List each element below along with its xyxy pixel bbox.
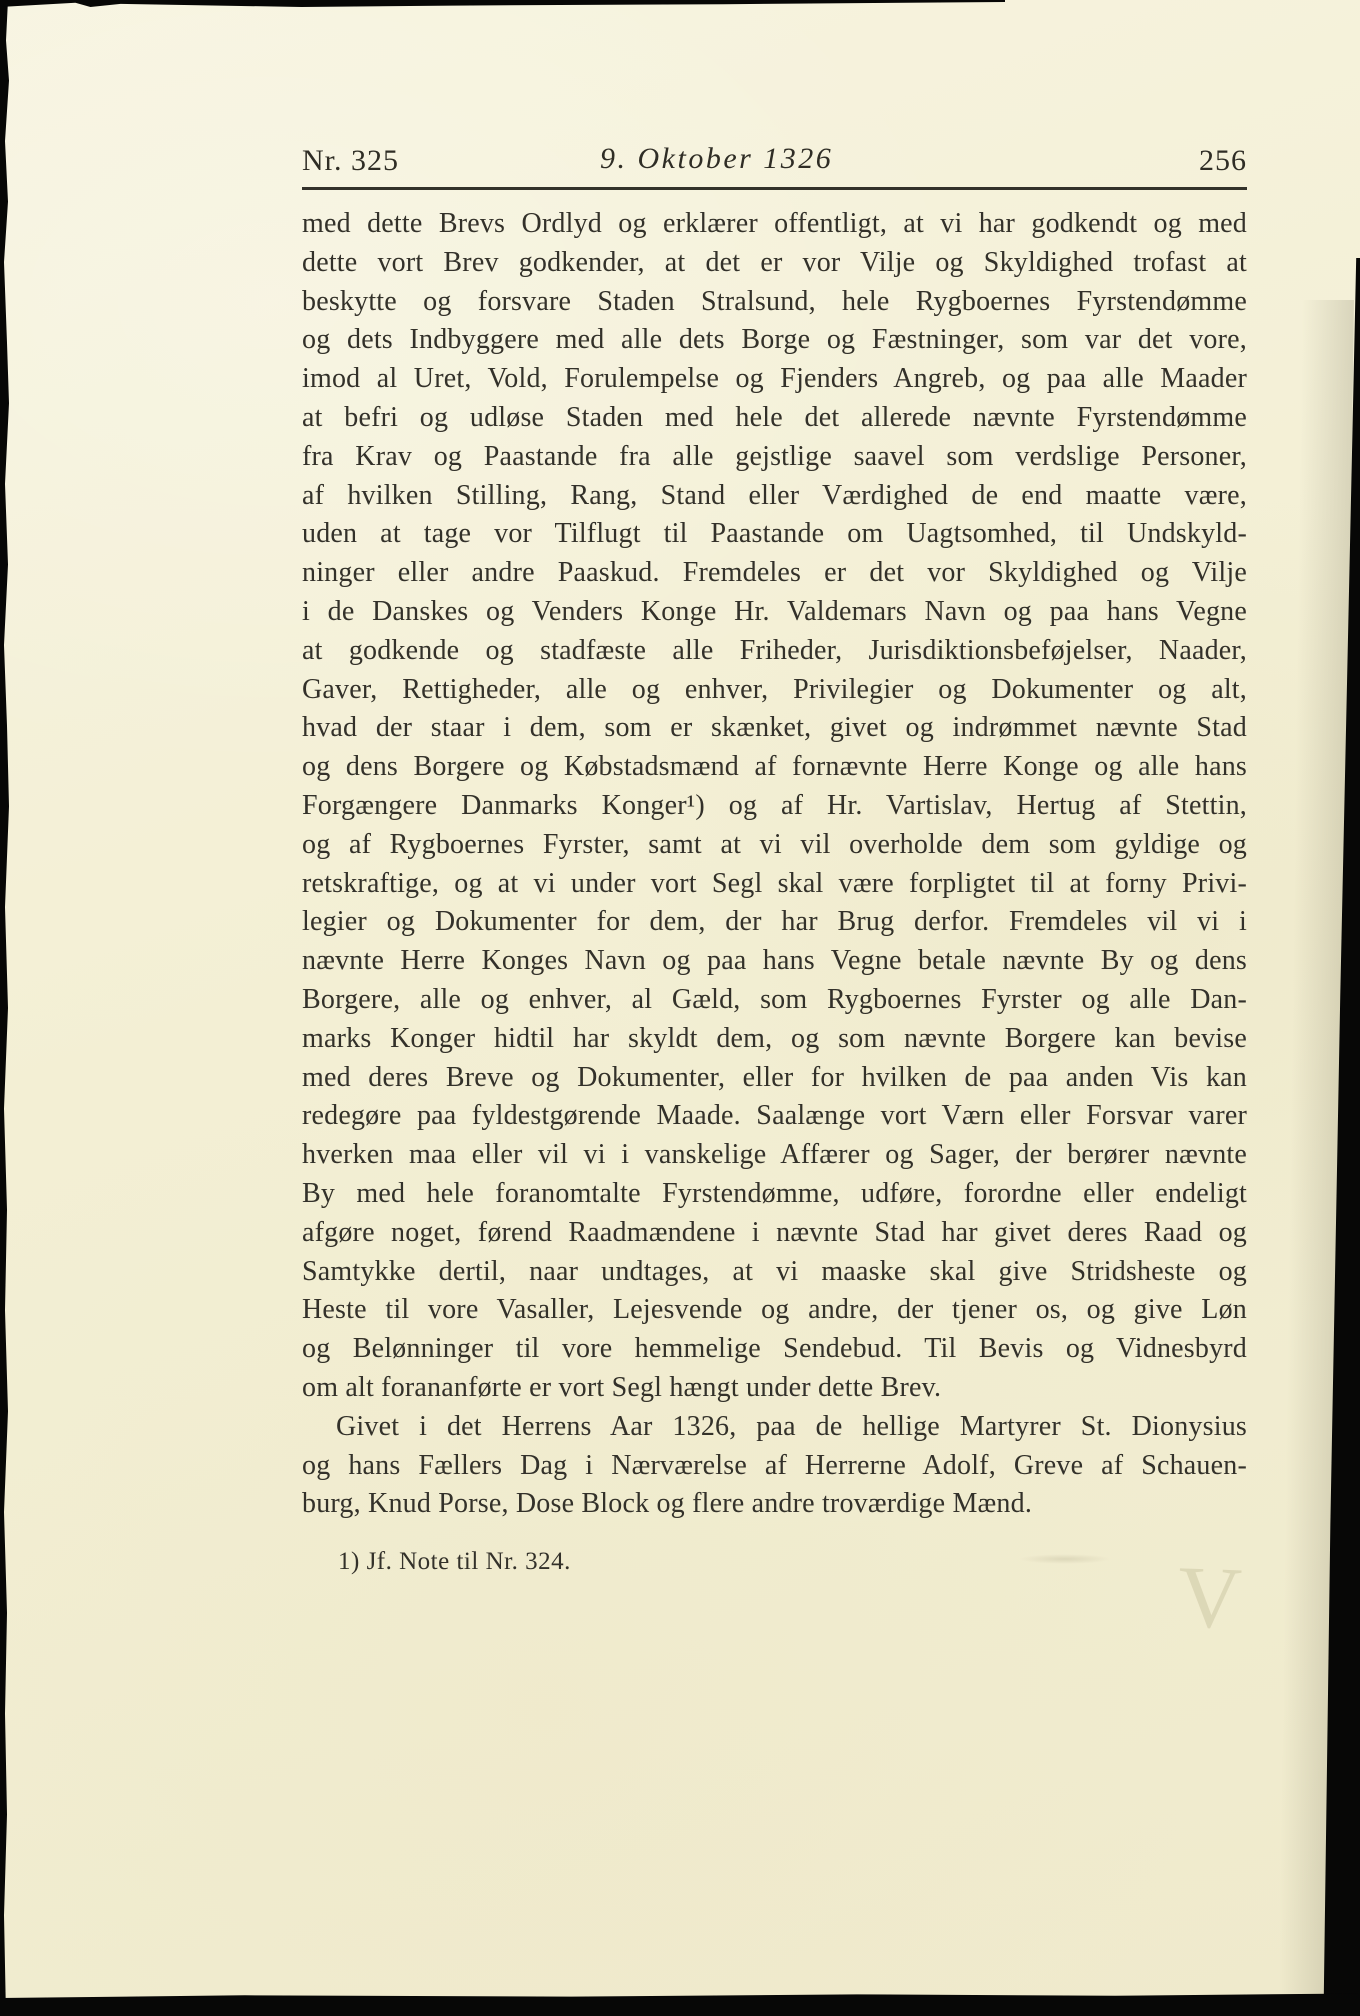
body-text: med dette Brevs Ordlyd og erklærer offen…	[302, 205, 1247, 1524]
text-line: Borgere, alle og enhver, al Gæld, som Ry…	[302, 981, 1247, 1020]
text-line: og dens Borgere og Købstadsmænd af fornæ…	[302, 748, 1247, 787]
text-line: burg, Knud Porse, Dose Block og flere an…	[302, 1485, 1247, 1524]
text-line: beskytte og forsvare Staden Stralsund, h…	[302, 283, 1247, 322]
text-line: fra Krav og Paastande fra alle gejstlige…	[302, 438, 1247, 477]
text-line: Forgængere Danmarks Konger¹) og af Hr. V…	[302, 787, 1247, 826]
text-line: af hvilken Stilling, Rang, Stand eller V…	[302, 477, 1247, 516]
show-through-letter: V	[1176, 1547, 1243, 1650]
scan-edge-top	[0, 0, 1005, 7]
text-line: og hans Fællers Dag i Nærværelse af Herr…	[302, 1447, 1247, 1486]
text-line: og dets Indbyggere med alle dets Borge o…	[302, 321, 1247, 360]
page-number: 256	[1199, 144, 1247, 178]
text-line: Gaver, Rettigheder, alle og enhver, Priv…	[302, 671, 1247, 710]
header-rule	[302, 187, 1247, 190]
text-line: nævnte Herre Konges Navn og paa hans Veg…	[302, 942, 1247, 981]
text-line: om alt forananførte er vort Segl hængt u…	[302, 1369, 1247, 1408]
text-line: By med hele foranomtalte Fyrstendømme, u…	[302, 1175, 1247, 1214]
text-line: retskraftige, og at vi under vort Segl s…	[302, 865, 1247, 904]
text-line: Givet i det Herrens Aar 1326, paa de hel…	[302, 1408, 1247, 1447]
text-line: uden at tage vor Tilflugt til Paastande …	[302, 515, 1247, 554]
text-line: at befri og udløse Staden med hele det a…	[302, 399, 1247, 438]
text-line: med deres Breve og Dokumenter, eller for…	[302, 1059, 1247, 1098]
paper-stain	[1000, 1552, 1130, 1566]
text-line: Heste til vore Vasaller, Lejesvende og a…	[302, 1291, 1247, 1330]
text-line: legier og Dokumenter for dem, der har Br…	[302, 903, 1247, 942]
scanned-book-page: Nr. 325 9. Oktober 1326 256 med dette Br…	[0, 0, 1360, 2016]
document-date: 9. Oktober 1326	[600, 142, 833, 176]
text-line: med dette Brevs Ordlyd og erklærer offen…	[302, 205, 1247, 244]
paragraph: med dette Brevs Ordlyd og erklærer offen…	[302, 205, 1247, 1408]
text-line: afgøre noget, førend Raadmændene i nævnt…	[302, 1214, 1247, 1253]
scan-edge-left	[0, 0, 12, 2016]
text-line: marks Konger hidtil har skyldt dem, og s…	[302, 1020, 1247, 1059]
text-line: redegøre paa fyldestgørende Maade. Saalæ…	[302, 1097, 1247, 1136]
scan-edge-bottom	[0, 1993, 1360, 2016]
text-line: og Belønninger til vore hemmelige Sendeb…	[302, 1330, 1247, 1369]
text-line: dette vort Brev godkender, at det er vor…	[302, 244, 1247, 283]
footnote: 1) Jf. Note til Nr. 324.	[338, 1548, 571, 1576]
text-line: at godkende og stadfæste alle Friheder, …	[302, 632, 1247, 671]
text-line: og af Rygboernes Fyrster, samt at vi vil…	[302, 826, 1247, 865]
text-line: imod al Uret, Vold, Forulempelse og Fjen…	[302, 360, 1247, 399]
text-line: hvad der staar i dem, som er skænket, gi…	[302, 709, 1247, 748]
text-line: Samtykke dertil, naar undtages, at vi ma…	[302, 1253, 1247, 1292]
paragraph: Givet i det Herrens Aar 1326, paa de hel…	[302, 1408, 1247, 1524]
text-line: hverken maa eller vil vi i vanskelige Af…	[302, 1136, 1247, 1175]
text-line: ninger eller andre Paaskud. Fremdeles er…	[302, 554, 1247, 593]
text-line: i de Danskes og Venders Konge Hr. Valdem…	[302, 593, 1247, 632]
document-number: Nr. 325	[302, 144, 399, 178]
